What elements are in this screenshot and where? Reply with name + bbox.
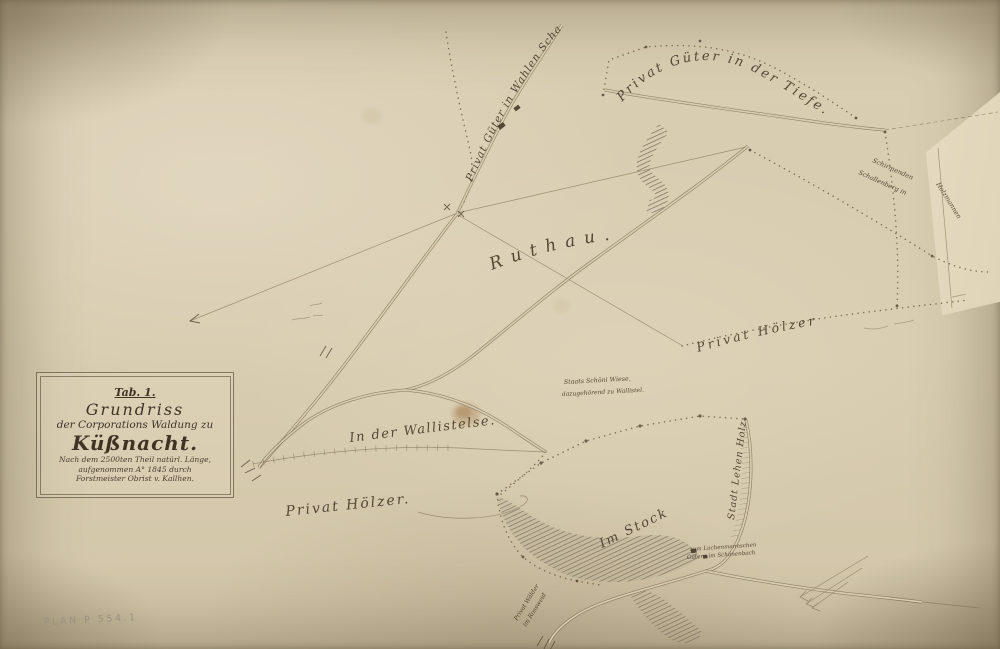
cartouche-subtitle: der Corporations Waldung zu (57, 419, 213, 432)
archive-plan-number: PLAN P 554.1 (44, 612, 138, 628)
title-cartouche: Tab. 1. Grundriss der Corporations Waldu… (36, 372, 234, 498)
scanned-map-page: Privat Güter in Wahlen Schauer. Privat G… (0, 0, 1000, 649)
ticked-path (253, 447, 546, 464)
label-schallenberg-3: Holzmannen (934, 180, 963, 220)
cartouche-frame: Tab. 1. Grundriss der Corporations Waldu… (40, 376, 231, 495)
cartouche-survey-note: aufgenommen A° 1845 durch (78, 465, 191, 475)
parcel-boundaries (446, 32, 988, 585)
cartouche-scale-note: Nach dem 2500ten Theil natürl. Länge, (59, 455, 211, 465)
label-wiese-note-1: Staats Schöni Wiese, (564, 376, 631, 386)
paper-stains (362, 108, 571, 425)
map-linework: Privat Güter in Wahlen Schauer. Privat G… (0, 0, 1000, 649)
cartouche-tab-number: Tab. 1. (114, 386, 155, 399)
map-labels: Privat Güter in Wahlen Schauer. Privat G… (0, 0, 963, 628)
label-ruthau: Ruthau. (486, 224, 620, 275)
label-privat-hoelzer-bottom: Privat Hölzer. (284, 491, 411, 520)
cartouche-surveyor: Forstmeister Obrist v. Kallhen. (76, 474, 194, 484)
label-wahlen: Privat Güter in Wahlen Schauer. (0, 0, 564, 184)
cartouche-title: Grundriss (86, 402, 184, 419)
label-wiese-note-2: dazugehörend zu Wallistel. (562, 387, 644, 398)
label-wallistelse: In der Wallistelse. (348, 413, 497, 446)
label-privat-hoelzer-right: Privat Hölzer (694, 312, 819, 355)
cartouche-place-name: Küßnacht. (72, 432, 198, 455)
survey-lines (190, 112, 998, 608)
